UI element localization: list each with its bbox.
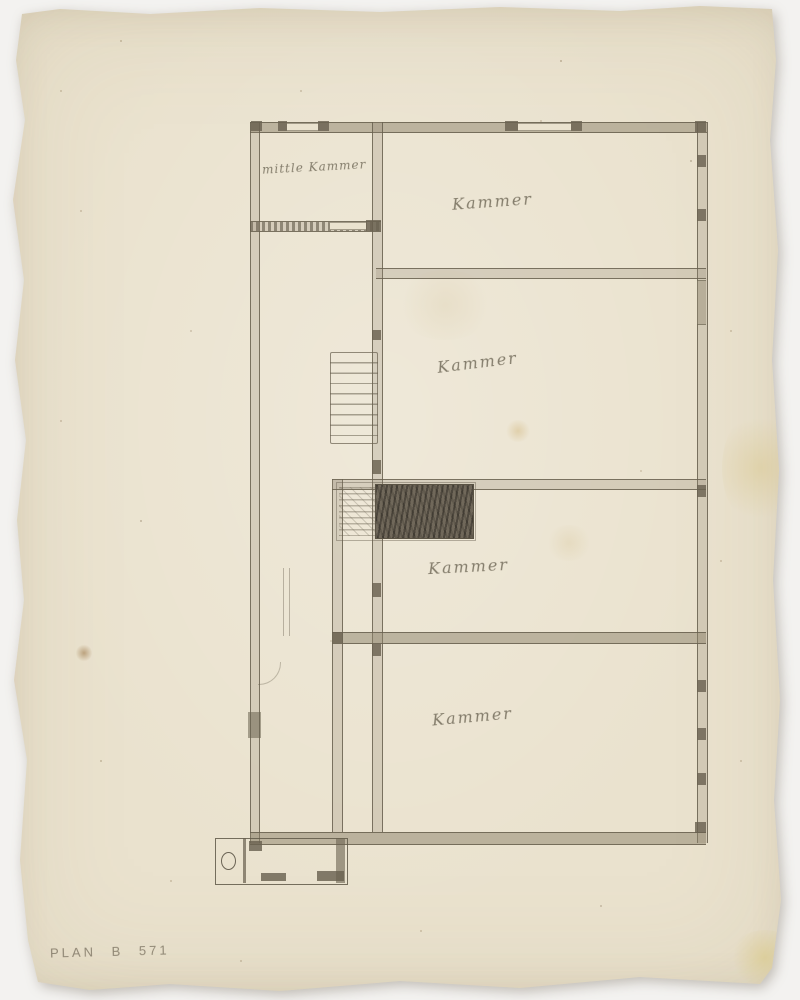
porch-pier [249, 841, 262, 851]
wall-pier [251, 121, 262, 131]
wall-pier [697, 209, 706, 221]
room-label-small-chamber: mittle Kammer [262, 157, 367, 176]
wall-pier [697, 155, 706, 167]
porch-step [261, 873, 286, 881]
wall-pier [695, 822, 706, 833]
wall-pier [278, 121, 287, 131]
window-opening [287, 123, 318, 131]
room-label-chamber-3: Kammer [428, 555, 510, 578]
window-opening [518, 123, 571, 131]
wall-pier [571, 121, 582, 131]
wall-pier [318, 121, 329, 131]
staircase [330, 352, 378, 444]
porch-side-wall [336, 838, 345, 883]
room-label-chamber-2: Kammer [436, 348, 519, 377]
wall-pier [248, 712, 261, 738]
wall-pier [697, 773, 706, 785]
wall-pier [505, 121, 518, 131]
door-opening [330, 222, 366, 230]
door-swing-arc [258, 662, 281, 685]
partition-wall-room3-room4 [332, 632, 706, 644]
corridor-door-frame [283, 568, 290, 636]
stove-hatched-part [339, 487, 376, 536]
wall-pier [697, 728, 706, 740]
wall-pier [372, 330, 381, 340]
plan-number-label: PLAN B 571 [50, 942, 170, 960]
stove-mass [375, 484, 474, 539]
wall-pier [372, 460, 381, 474]
paper-sheet: mittle Kammer Kammer Kammer Kammer Kamme… [0, 0, 800, 1000]
wall-pier [695, 121, 706, 132]
partition-wall-room1-room2 [376, 268, 706, 279]
foxing-specks [0, 0, 2, 2]
wall-pier [697, 485, 706, 497]
paper-shadow: mittle Kammer Kammer Kammer Kammer Kamme… [0, 0, 800, 1000]
wall-pier [372, 644, 381, 656]
wall-pier [366, 220, 381, 231]
wall-pier [332, 632, 343, 643]
room-label-chamber-1: Kammer [451, 189, 533, 214]
window-opening-right [697, 280, 706, 325]
wall-pier [697, 680, 706, 692]
room-label-chamber-4: Kammer [431, 704, 513, 730]
porch-post-circle [221, 852, 236, 870]
wall-pier [372, 583, 381, 597]
floor-plan-drawing: mittle Kammer Kammer Kammer Kammer Kamme… [0, 0, 800, 1000]
porch-divider-wall [243, 838, 246, 883]
